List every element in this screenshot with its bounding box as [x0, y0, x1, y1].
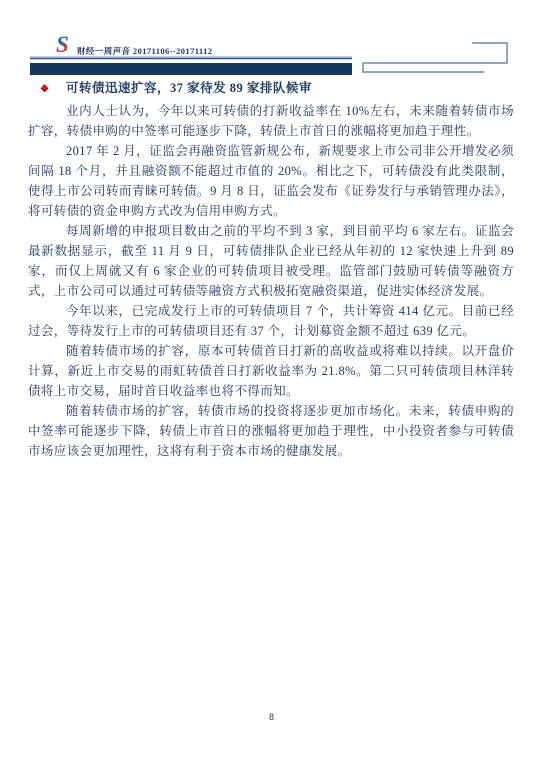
header-navy-bar [30, 63, 352, 75]
article-body: 业内人士认为，今年以来可转债的打新收益率在 10%左右，未来随着转债市场扩容，转… [28, 101, 514, 461]
logo-letter: S [56, 32, 69, 57]
paragraph-5: 随着转债市场的扩容，原本可转债首日打新的高收益或将难以持续。以开盘价计算，新近上… [28, 341, 514, 401]
document-page: S 财经一周声音 20171106--20171112 ❖ 可转债迅速扩容，37… [0, 0, 543, 768]
brand-logo-icon: S [55, 32, 74, 57]
diamond-bullet-icon: ❖ [40, 82, 49, 97]
page-number: 8 [0, 712, 543, 722]
article-content: ❖ 可转债迅速扩容，37 家待发 89 家排队候审 业内人士认为，今年以来可转债… [28, 81, 514, 461]
paragraph-1: 业内人士认为，今年以来可转债的打新收益率在 10%左右，未来随着转债市场扩容，转… [28, 101, 514, 141]
masthead-title: 财经一周声音 20171106--20171112 [77, 45, 212, 57]
section-title: 可转债迅速扩容，37 家待发 89 家排队候审 [66, 81, 312, 96]
paragraph-3: 每周新增的申报项目数由之前的平均不到 3 家，到目前平均 6 家左右。证监会最新… [28, 221, 514, 301]
paragraph-4: 今年以来，已完成发行上市的可转债项目 7 个，共计筹资 414 亿元。目前已经过… [28, 301, 514, 341]
paragraph-6: 随着转债市场的扩容，转债市场的投资将逐步更加市场化。未来，转债申购的中签率可能逐… [28, 401, 514, 461]
header-step-outline [363, 43, 507, 72]
section-heading: ❖ 可转债迅速扩容，37 家待发 89 家排队候审 [28, 81, 514, 97]
paragraph-2: 2017 年 2 月，证监会再融资监管新规公布，新规要求上市公司非公开增发必须间… [28, 141, 514, 221]
